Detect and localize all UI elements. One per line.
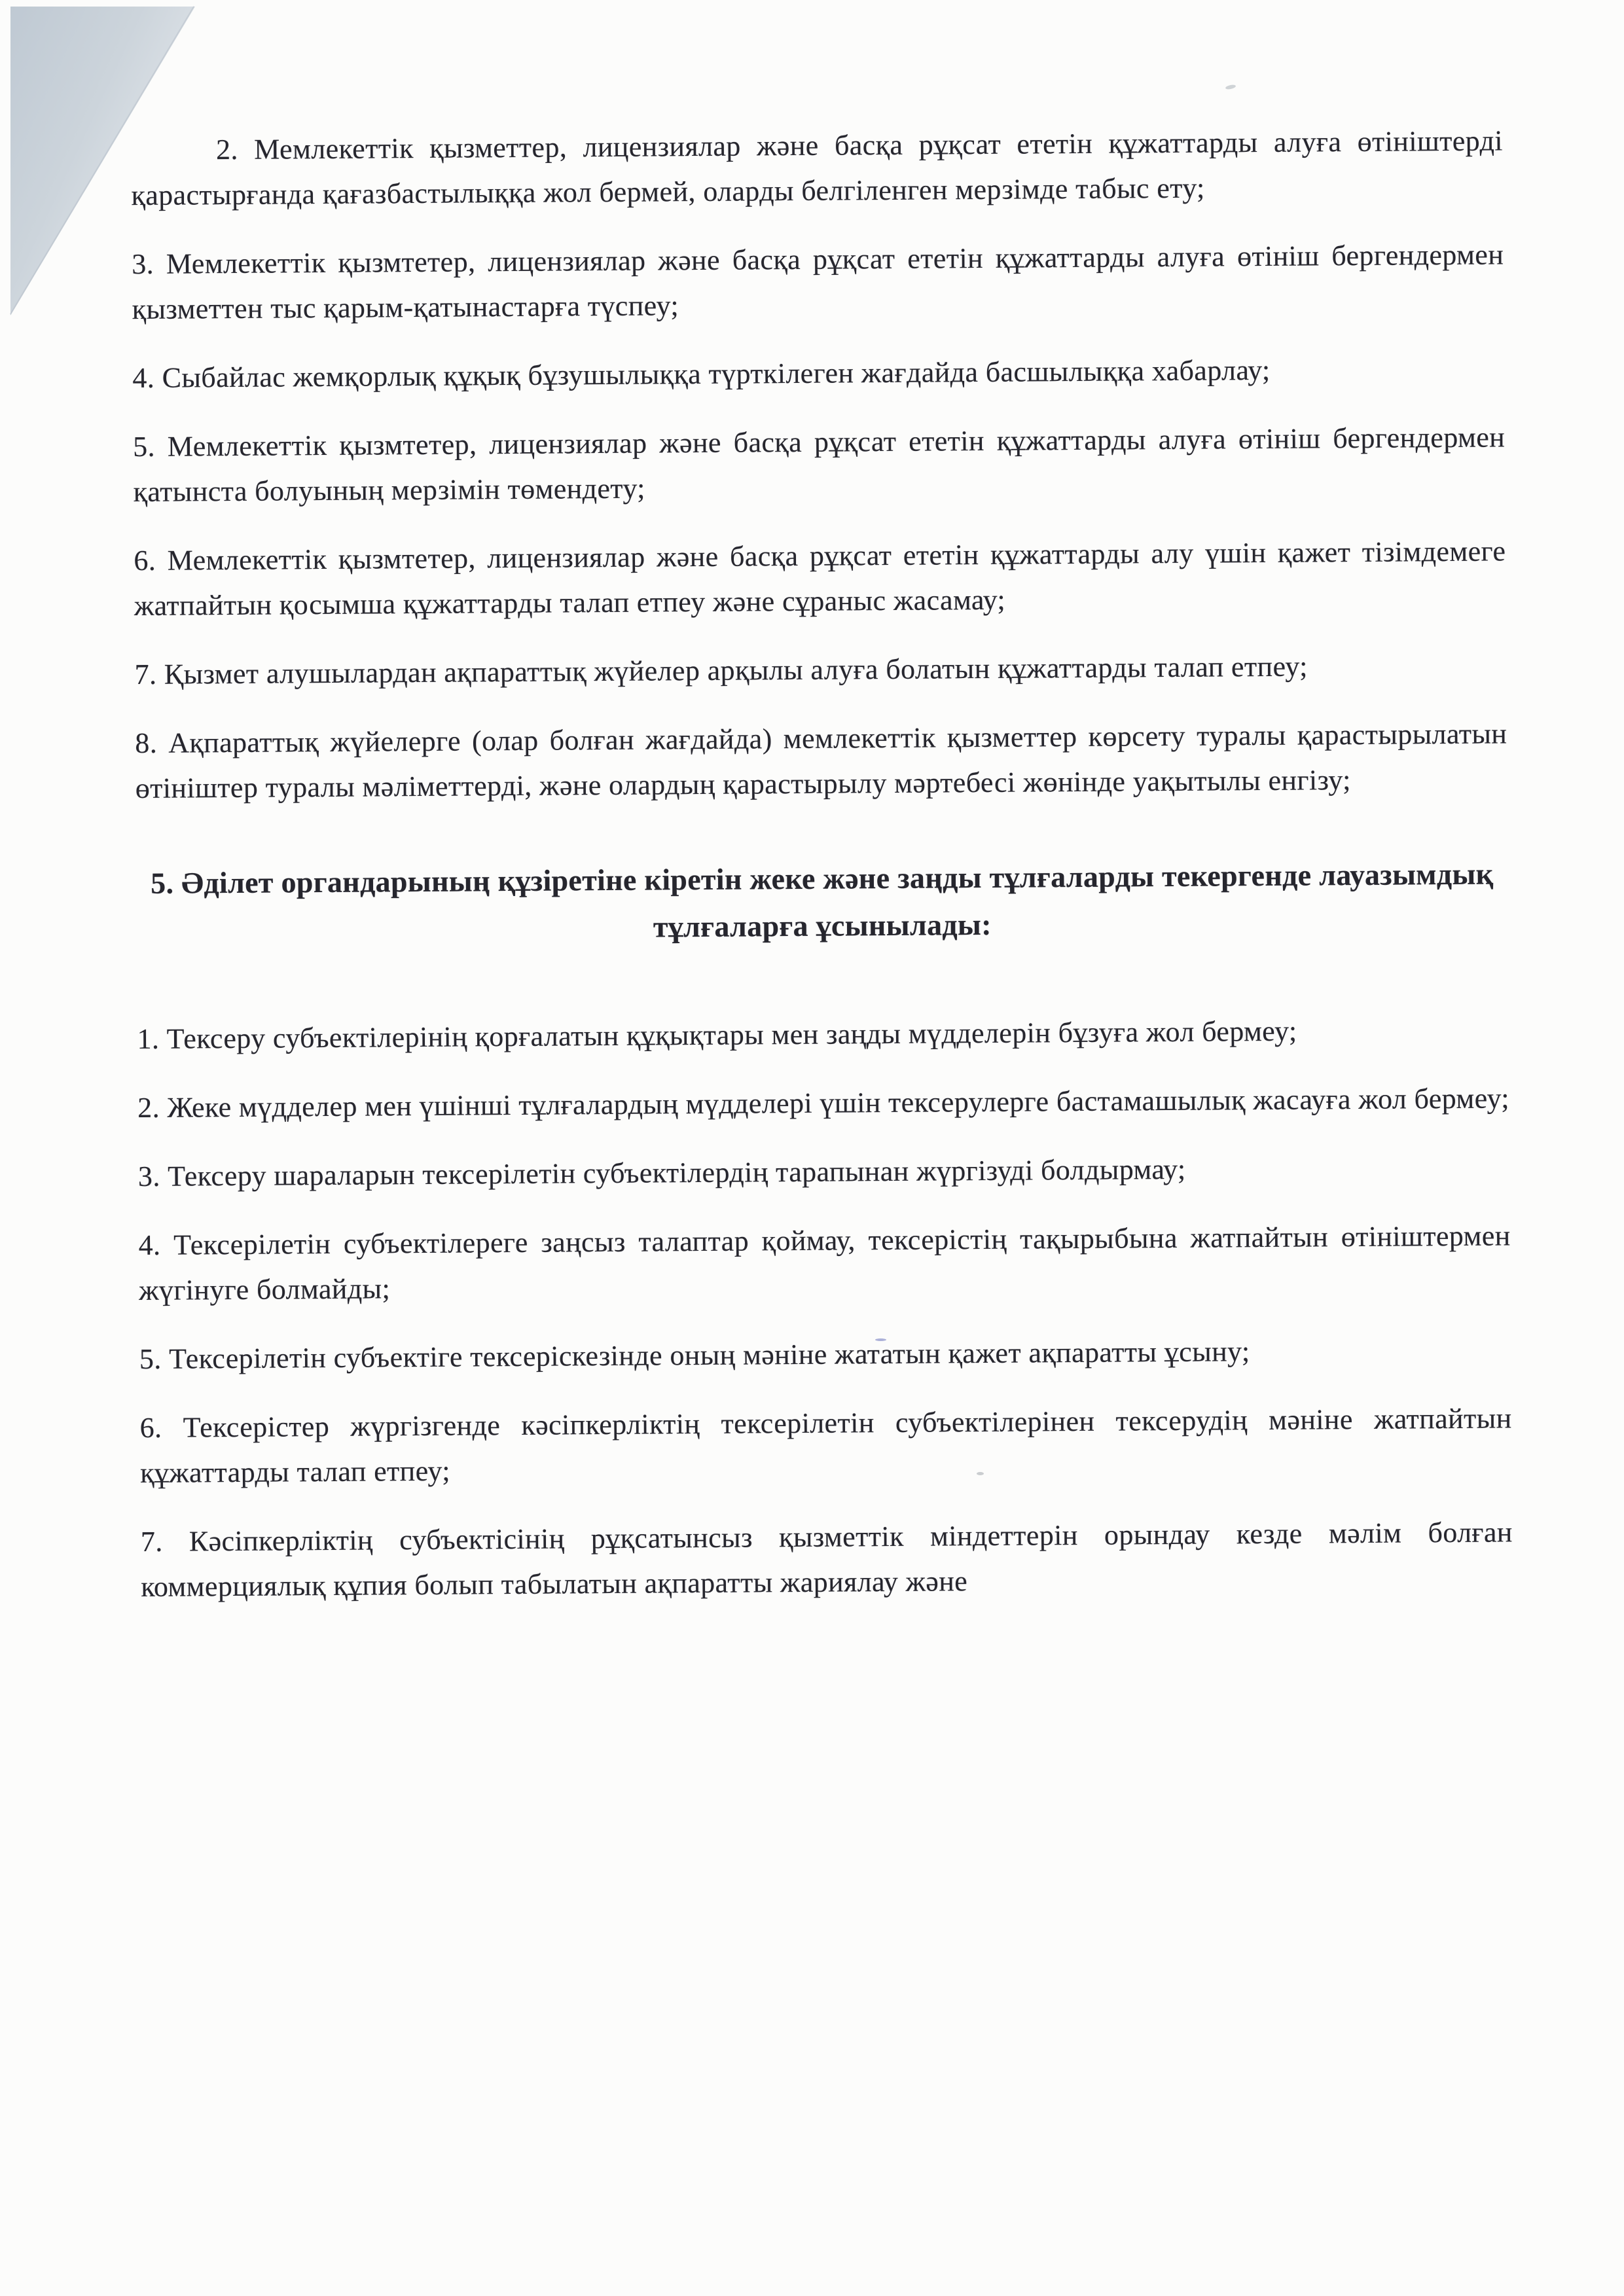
list-item-6: 6. Тексерістер жүргізгенде кәсіпкерлікті… [139,1395,1512,1496]
clause-paragraph-6: 6. Мемлекеттік қызмтетер, лицензиялар жә… [134,528,1506,628]
clause-paragraph-3: 3. Мемлекеттік қызмтетер, лицензиялар жә… [132,232,1504,332]
clause-paragraph-4: 4. Сыбайлас жемқорлық құқық бұзушылыққа … [132,346,1504,401]
list-item-1: 1. Тексеру субъектілерінің қорғалатын құ… [137,1007,1509,1062]
scanned-page: 2. Мемлекеттік қызметтер, лицензиялар жә… [0,0,1624,2296]
list-item-5: 5. Тексерілетін субъектіге тексеріскезін… [139,1327,1511,1382]
list-item-3: 3. Тексеру шараларын тексерілетін субъек… [138,1144,1510,1199]
document-content: 2. Мемлекеттік қызметтер, лицензиялар жә… [0,0,1624,1634]
list-item-2: 2. Жеке мүдделер мен үшінші тұлғалардың … [137,1075,1509,1130]
clause-paragraph-2: 2. Мемлекеттік қызметтер, лицензиялар жә… [131,118,1504,218]
clause-paragraph-7: 7. Қызмет алушылардан ақпараттық жүйелер… [134,642,1506,697]
list-item-7: 7. Кәсіпкерліктің субъектісінің рұқсатын… [141,1509,1513,1609]
section-5-heading: 5. Әділет органдарының құзіретіне кіреті… [136,850,1509,954]
list-item-4: 4. Тексерілетін субъектілереге заңсыз та… [138,1213,1511,1313]
clause-paragraph-5: 5. Мемлекеттік қызмтетер, лицензиялар жә… [133,414,1506,514]
clause-paragraph-8: 8. Ақпараттық жүйелерге (олар болған жағ… [135,711,1507,811]
